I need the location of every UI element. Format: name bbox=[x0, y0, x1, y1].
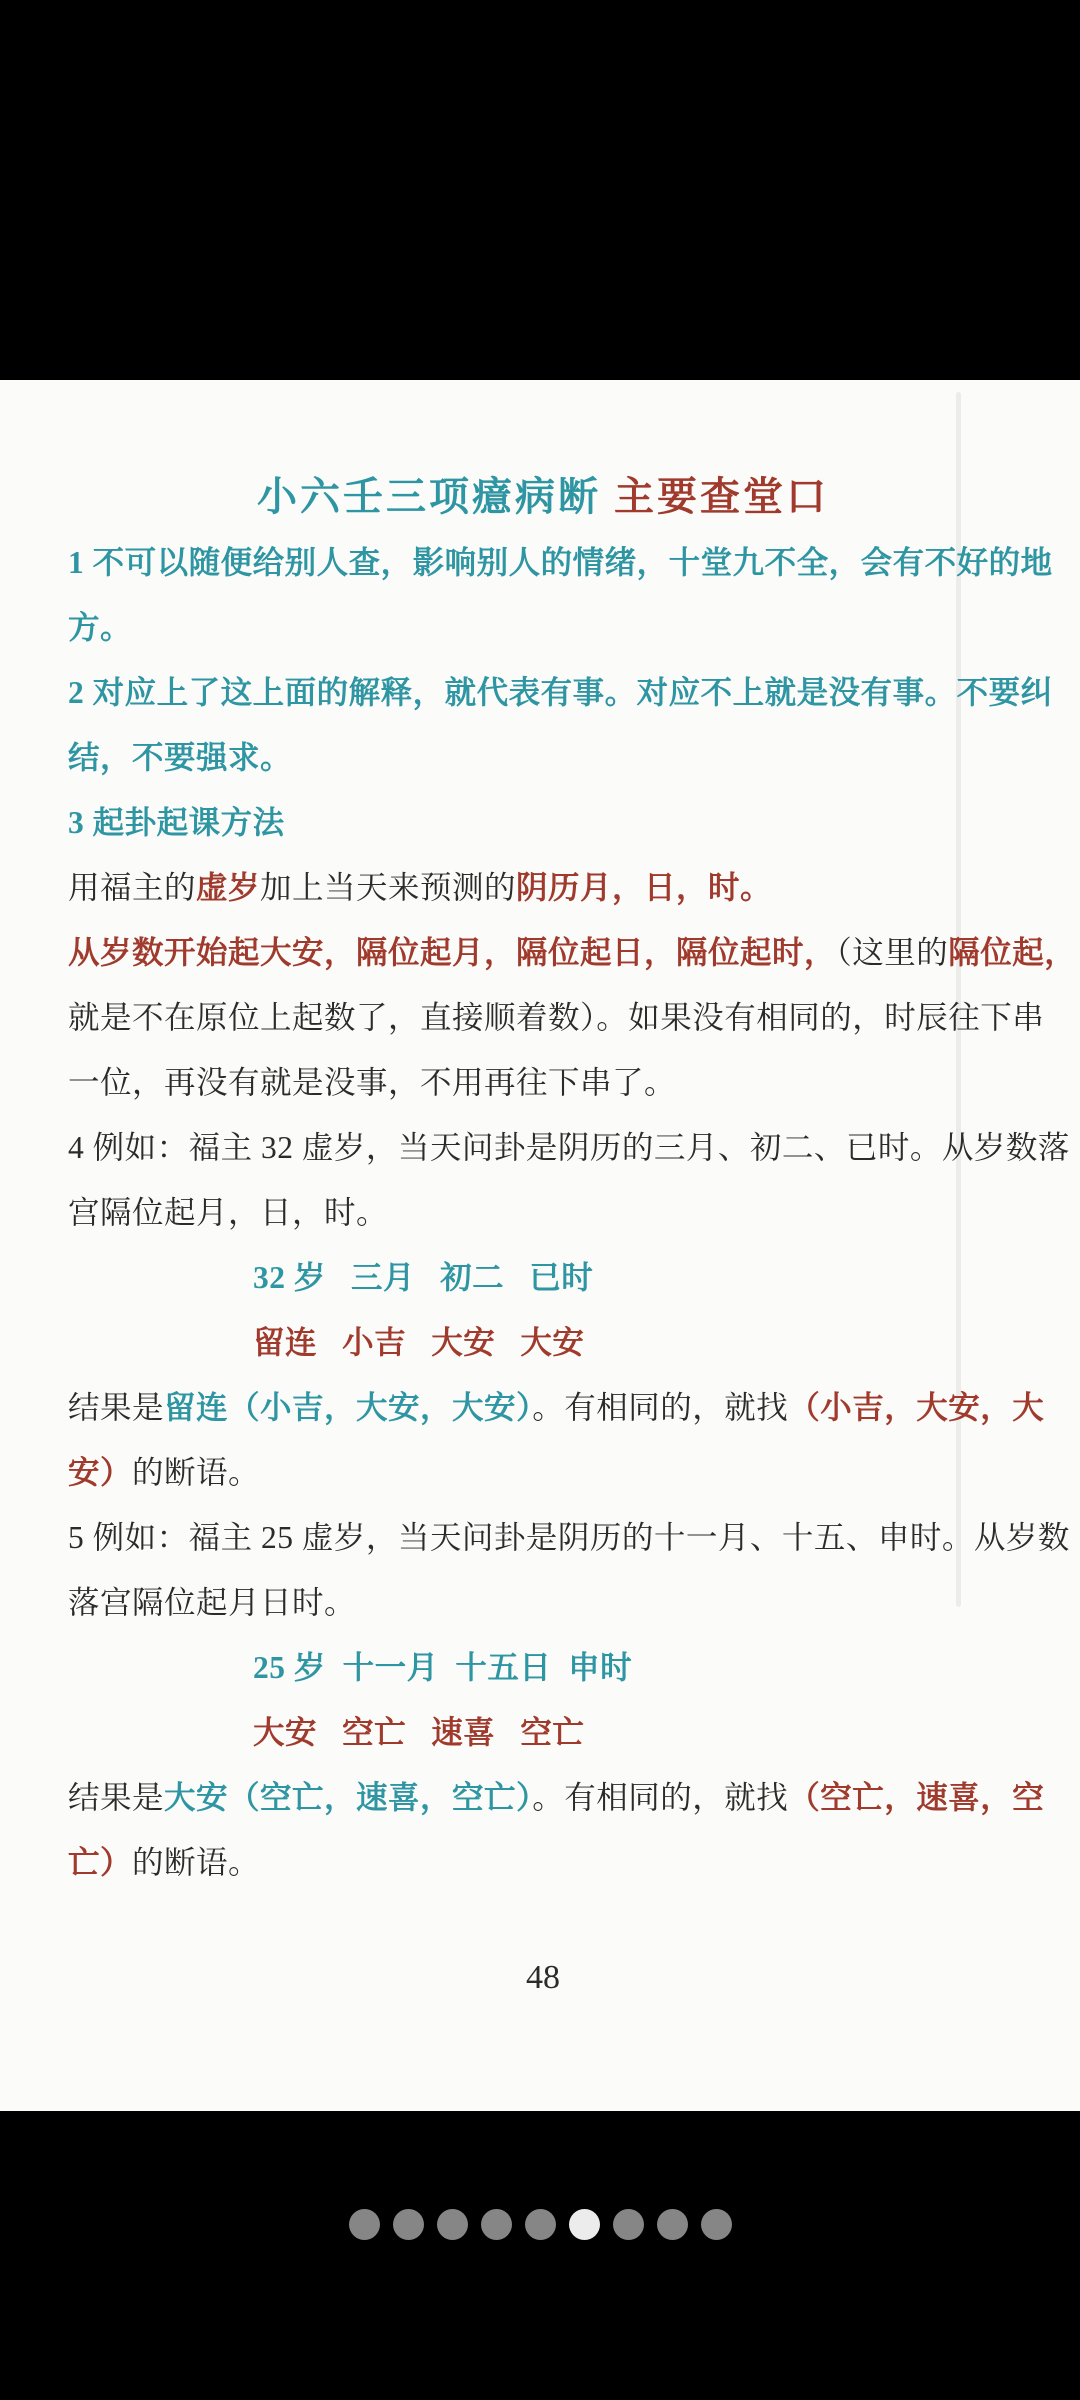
text-segment: 隔位起， bbox=[948, 935, 1076, 970]
pagination-dot[interactable] bbox=[525, 2209, 556, 2240]
text-segment: 留连 小吉 大安 大安 bbox=[253, 1325, 584, 1360]
text-segment: 25 岁 十一月 十五日 申时 bbox=[253, 1650, 632, 1685]
doc-line: 落宫隔位起月日时。 bbox=[68, 1570, 1018, 1635]
text-segment: 32 岁 三月 初二 已时 bbox=[253, 1260, 593, 1295]
text-segment: （空亡，速喜，空 bbox=[788, 1780, 1044, 1815]
doc-line: 3 起卦起课方法 bbox=[68, 790, 1018, 855]
doc-line: 5 例如：福主 25 虚岁，当天问卦是阴历的十一月、十五、申时。从岁数 bbox=[68, 1505, 1018, 1570]
text-segment: 虚岁 bbox=[196, 870, 260, 905]
text-segment: 主要查堂口 bbox=[601, 474, 829, 519]
text-segment: 宫隔位起月，日，时。 bbox=[68, 1195, 388, 1230]
doc-line: 25 岁 十一月 十五日 申时 bbox=[68, 1635, 1018, 1700]
doc-line: 留连 小吉 大安 大安 bbox=[68, 1310, 1018, 1375]
pagination-dot[interactable] bbox=[437, 2209, 468, 2240]
text-segment: 1 不可以随便给别人查，影响别人的情绪，十堂九不全，会有不好的地 bbox=[68, 545, 1053, 580]
doc-line: 一位，再没有就是没事，不用再往下串了。 bbox=[68, 1050, 1018, 1115]
text-segment: 大安（空亡，速喜，空亡） bbox=[164, 1780, 532, 1815]
text-segment: 2 对应上了这上面的解释，就代表有事。对应不上就是没有事。不要纠 bbox=[68, 675, 1053, 710]
doc-line: 结，不要强求。 bbox=[68, 725, 1018, 790]
text-segment: 留连（小吉，大安，大安） bbox=[164, 1390, 532, 1425]
text-segment: 的断语。 bbox=[132, 1455, 260, 1490]
document-page: 小六壬三项癔病断 主要查堂口 1 不可以随便给别人查，影响别人的情绪，十堂九不全… bbox=[0, 380, 1080, 2111]
doc-line: 方。 bbox=[68, 595, 1018, 660]
text-segment: 。有相同的，就找 bbox=[532, 1390, 788, 1425]
top-letterbox-bar bbox=[0, 0, 1080, 380]
doc-line: 亡）的断语。 bbox=[68, 1830, 1018, 1895]
text-segment: 大安 空亡 速喜 空亡 bbox=[253, 1715, 584, 1750]
pagination-dot-active[interactable] bbox=[569, 2209, 600, 2240]
text-segment: 阴历月，日，时。 bbox=[516, 870, 772, 905]
pagination-dots[interactable] bbox=[0, 2209, 1080, 2240]
text-segment: （小吉，大安，大 bbox=[788, 1390, 1044, 1425]
doc-line: 32 岁 三月 初二 已时 bbox=[68, 1245, 1018, 1310]
text-segment: 亡） bbox=[68, 1845, 132, 1880]
doc-line: 4 例如：福主 32 虚岁，当天问卦是阴历的三月、初二、已时。从岁数落 bbox=[68, 1115, 1018, 1180]
text-segment: 用福主的 bbox=[68, 870, 196, 905]
pagination-dot[interactable] bbox=[613, 2209, 644, 2240]
page-content: 小六壬三项癔病断 主要查堂口 1 不可以随便给别人查，影响别人的情绪，十堂九不全… bbox=[0, 380, 1080, 2010]
doc-line: 1 不可以随便给别人查，影响别人的情绪，十堂九不全，会有不好的地 bbox=[68, 530, 1018, 595]
text-segment: 落宫隔位起月日时。 bbox=[68, 1585, 356, 1620]
doc-line: 用福主的虚岁加上当天来预测的阴历月，日，时。 bbox=[68, 855, 1018, 920]
text-segment: 小六壬三项癔病断 bbox=[257, 474, 601, 519]
doc-line: 大安 空亡 速喜 空亡 bbox=[68, 1700, 1018, 1765]
text-segment: 安） bbox=[68, 1455, 132, 1490]
text-segment: 3 起卦起课方法 bbox=[68, 805, 285, 840]
page-title: 小六壬三项癔病断 主要查堂口 bbox=[68, 464, 1018, 530]
bottom-letterbox-bar bbox=[0, 2111, 1080, 2400]
pagination-dot[interactable] bbox=[701, 2209, 732, 2240]
text-segment: 5 例如：福主 25 虚岁，当天问卦是阴历的十一月、十五、申时。从岁数 bbox=[68, 1520, 1070, 1555]
doc-line: 就是不在原位上起数了，直接顺着数）。如果没有相同的，时辰往下串 bbox=[68, 985, 1018, 1050]
doc-line: 2 对应上了这上面的解释，就代表有事。对应不上就是没有事。不要纠 bbox=[68, 660, 1018, 725]
text-segment: 一位，再没有就是没事，不用再往下串了。 bbox=[68, 1065, 676, 1100]
document-lines: 1 不可以随便给别人查，影响别人的情绪，十堂九不全，会有不好的地方。2 对应上了… bbox=[68, 530, 1018, 1895]
pagination-dot[interactable] bbox=[657, 2209, 688, 2240]
text-segment: 的断语。 bbox=[132, 1845, 260, 1880]
pagination-dot[interactable] bbox=[349, 2209, 380, 2240]
doc-line: 从岁数开始起大安，隔位起月，隔位起日，隔位起时，（这里的隔位起， bbox=[68, 920, 1018, 985]
pagination-dot[interactable] bbox=[481, 2209, 512, 2240]
doc-line: 安）的断语。 bbox=[68, 1440, 1018, 1505]
doc-line: 结果是大安（空亡，速喜，空亡）。有相同的，就找（空亡，速喜，空 bbox=[68, 1765, 1018, 1830]
text-segment: 4 例如：福主 32 虚岁，当天问卦是阴历的三月、初二、已时。从岁数落 bbox=[68, 1130, 1070, 1165]
doc-line: 宫隔位起月，日，时。 bbox=[68, 1180, 1018, 1245]
text-segment: 结，不要强求。 bbox=[68, 740, 292, 775]
text-segment: 方。 bbox=[68, 610, 132, 645]
text-segment: 结果是 bbox=[68, 1780, 164, 1815]
text-segment: 结果是 bbox=[68, 1390, 164, 1425]
screen: 小六壬三项癔病断 主要查堂口 1 不可以随便给别人查，影响别人的情绪，十堂九不全… bbox=[0, 0, 1080, 2400]
doc-line: 结果是留连（小吉，大安，大安）。有相同的，就找（小吉，大安，大 bbox=[68, 1375, 1018, 1440]
text-segment: 从岁数开始起大安，隔位起月，隔位起日，隔位起时， bbox=[68, 935, 836, 970]
text-segment: 就是不在原位上起数了，直接顺着数）。如果没有相同的，时辰往下串 bbox=[68, 1000, 1044, 1035]
text-segment: （这里的 bbox=[836, 935, 948, 970]
page-number: 48 bbox=[68, 1945, 1018, 2010]
text-segment: 。有相同的，就找 bbox=[532, 1780, 788, 1815]
pagination-dot[interactable] bbox=[393, 2209, 424, 2240]
text-segment: 加上当天来预测的 bbox=[260, 870, 516, 905]
